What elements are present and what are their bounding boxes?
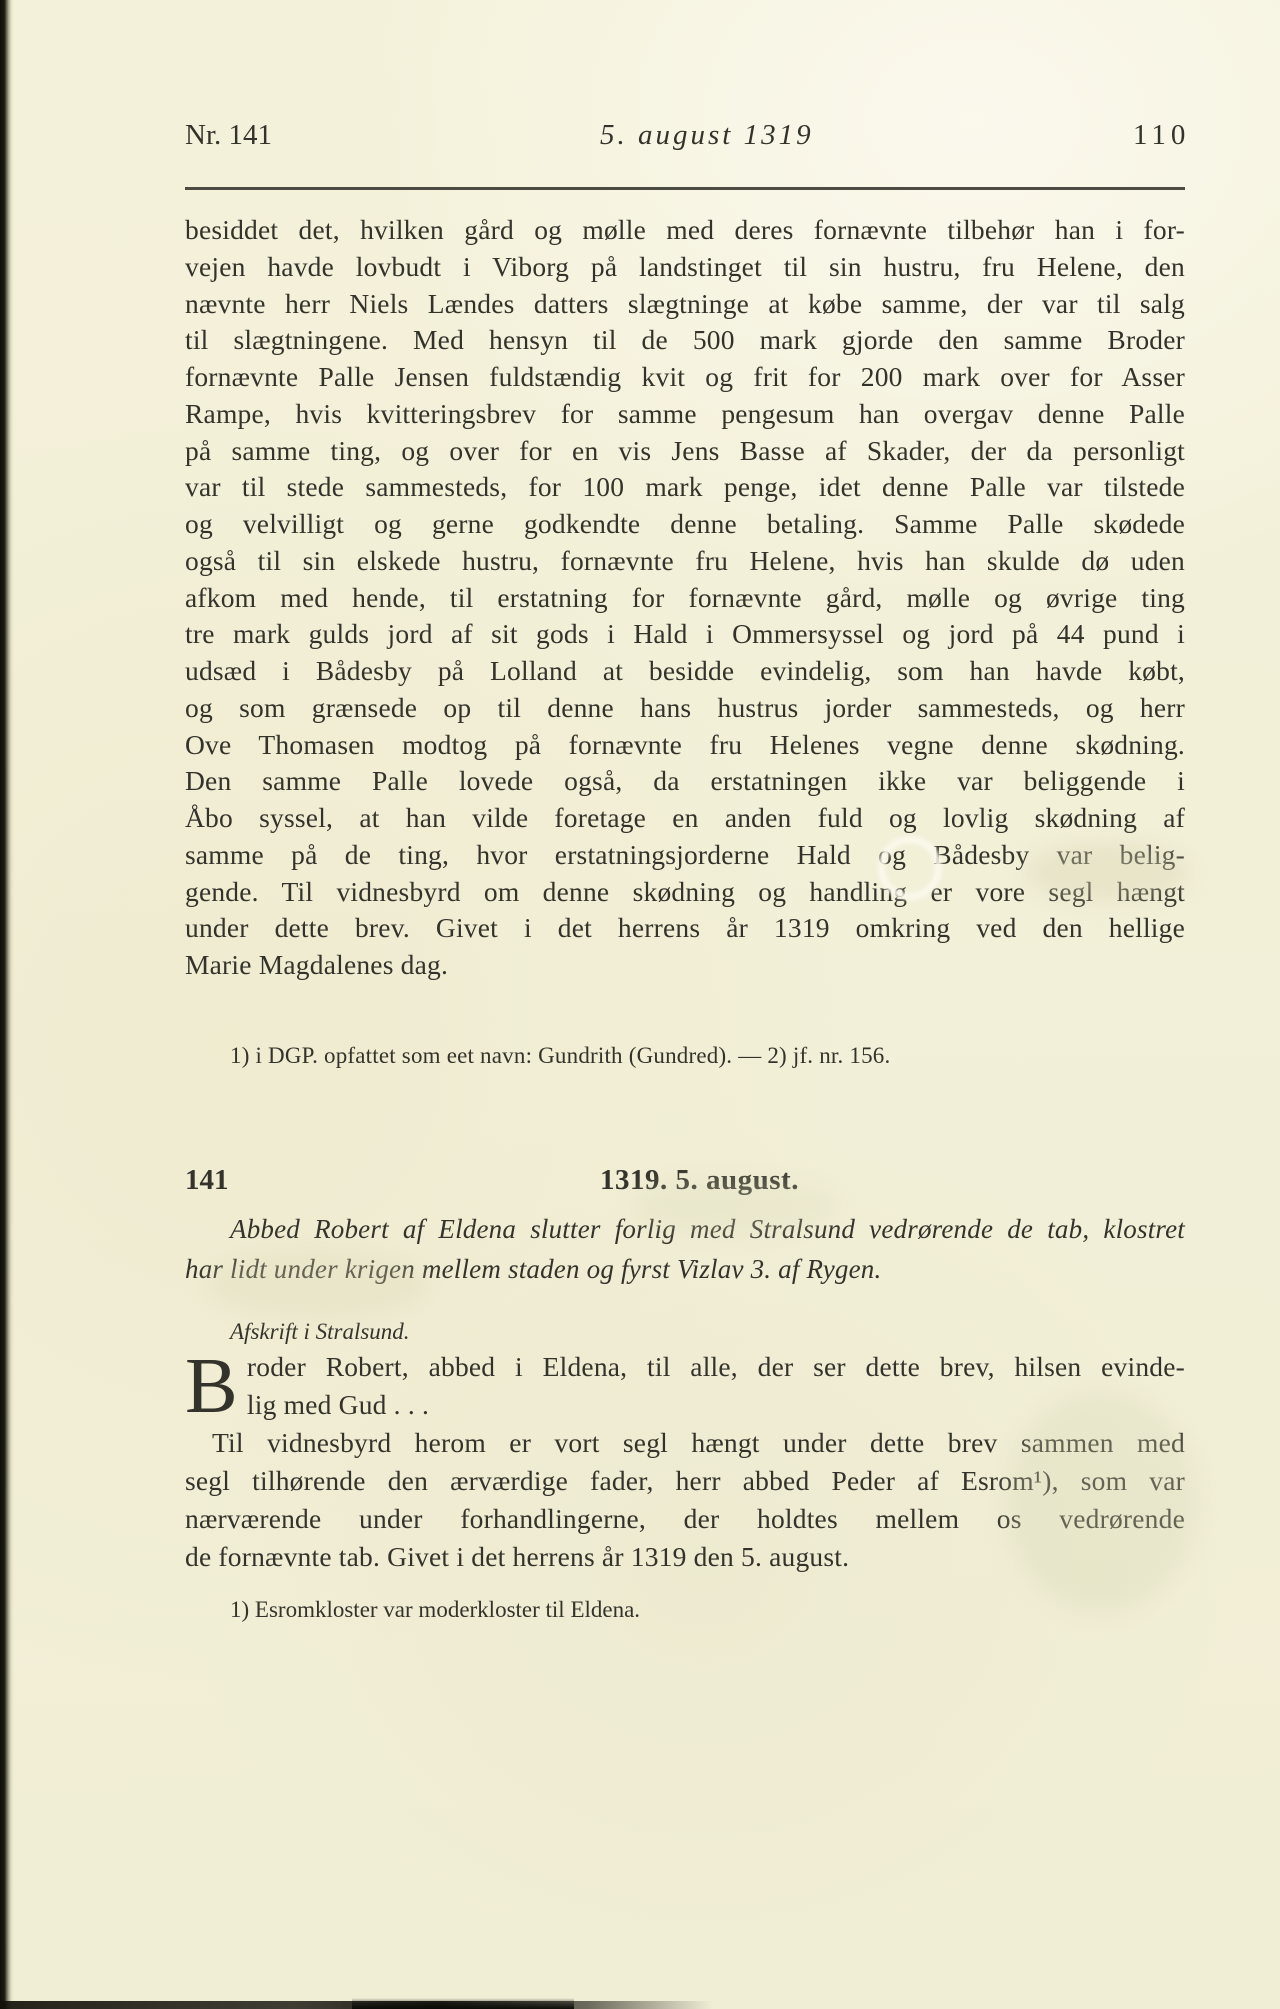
drop-cap-initial: B [185,1348,247,1422]
entry-141-source-note: Afskrift i Stralsund. [230,1319,410,1345]
text-line: fornævnte Palle Jensen fuldstændig kvit … [185,359,1185,396]
scan-binding-edge-left [0,0,14,2009]
entry-141-footnote: 1) Esromkloster var moderkloster til Eld… [230,1597,640,1623]
header-date: 5. august 1319 [600,119,814,152]
showthrough-smudge [205,1248,430,1320]
text-line: Den samme Palle lovede også, da erstatni… [185,763,1185,800]
text-line: nævnte herr Niels Lændes datters slægtni… [185,286,1185,323]
text-line: tre mark gulds jord af sit gods i Hald i… [185,616,1185,653]
scan-edge-bottom-dark [352,1998,574,2009]
scanned-book-page: Nr. 141 5. august 1319 110 besiddet det,… [0,0,1280,2009]
text-line: også til sin elskede hustru, fornævnte f… [185,543,1185,580]
text-line: lig med Gud . . . [185,1386,1185,1424]
text-line: på samme ting, og over for en vis Jens B… [185,433,1185,470]
text-line: var til stede sammesteds, for 100 mark p… [185,469,1185,506]
text-line: og velvilligt og gerne godkendte denne b… [185,506,1185,543]
text-line: vejen havde lovbudt i Viborg på landstin… [185,249,1185,286]
header-entry-number: Nr. 141 [185,119,272,152]
showthrough-smudge [1005,1390,1200,1615]
header-page-number: 110 [1133,119,1190,152]
entry-141-number: 141 [185,1164,229,1197]
text-line: og som grænsede op til denne hans hustru… [185,690,1185,727]
text-line: Rampe, hvis kvitteringsbrev for samme pe… [185,396,1185,433]
text-line: besiddet det, hvilken gård og mølle med … [185,212,1185,249]
text-line: til slægtningene. Med hensyn til de 500 … [185,322,1185,359]
header-rule [185,187,1185,190]
text-line: Åbo syssel, at han vilde foretage en and… [185,800,1185,837]
text-line: Marie Magdalenes dag. [185,947,1185,984]
text-line: Ove Thomasen modtog på fornævnte fru Hel… [185,727,1185,764]
text-line: udsæd i Bådesby på Lolland at besidde ev… [185,653,1185,690]
opening-lines: roder Robert, abbed i Eldena, til alle, … [185,1348,1185,1423]
text-line: roder Robert, abbed i Eldena, til alle, … [185,1348,1185,1386]
entry-140-footnote: 1) i DGP. opfattet som eet navn: Gundrit… [185,1041,1185,1071]
text-line: under dette brev. Givet i det herrens år… [185,910,1185,947]
text-line: afkom med hende, til erstatning for forn… [185,580,1185,617]
entry-141-opening-paragraph: B roder Robert, abbed i Eldena, til alle… [185,1348,1185,1423]
showthrough-smudge [1025,842,1190,902]
showthrough-smudge [630,1175,840,1237]
showthrough-ring [878,836,942,900]
